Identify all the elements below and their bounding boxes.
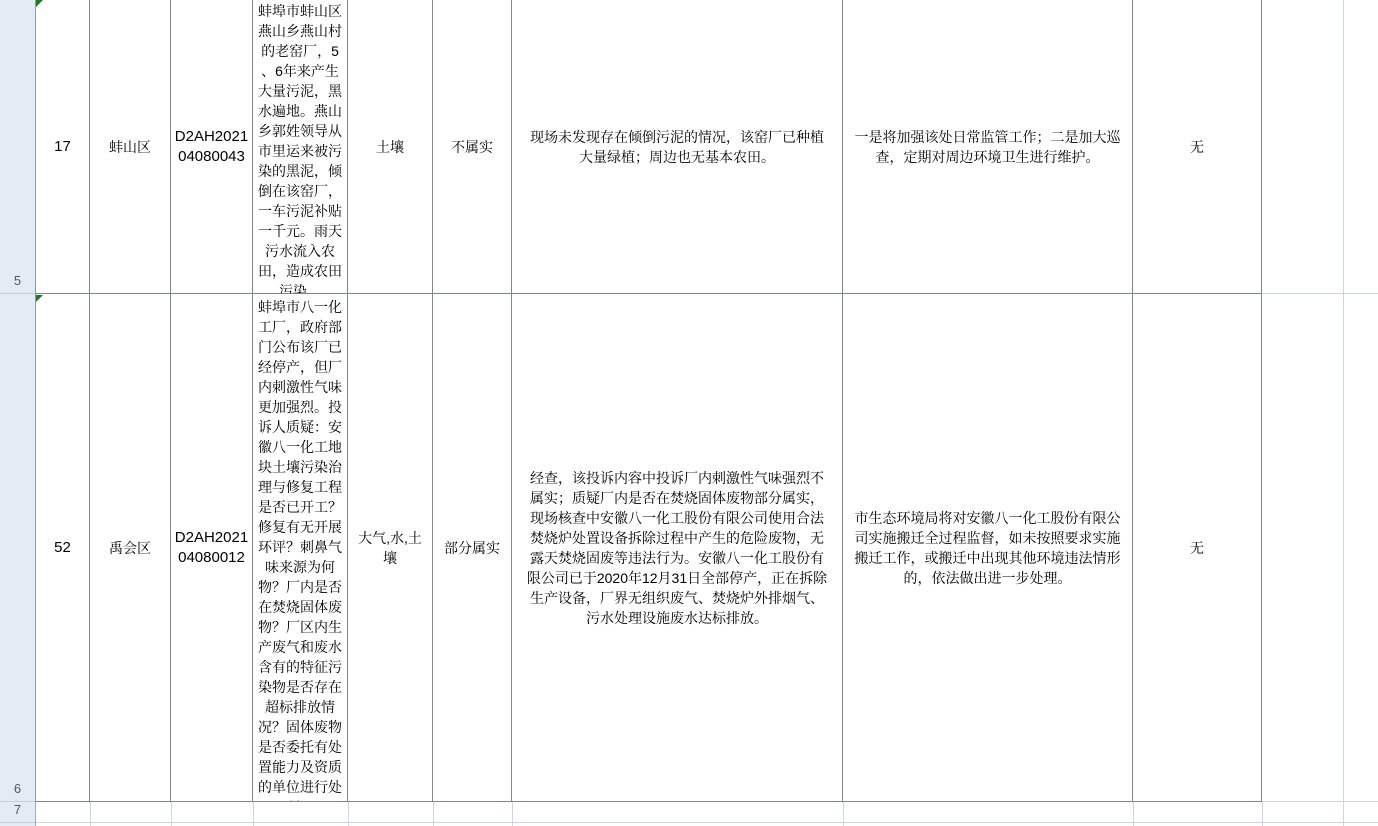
row-header-column: 5 6 7 xyxy=(0,0,36,826)
category-value: 大气,水,土 壤 xyxy=(358,528,422,568)
seq-cell[interactable]: 17 xyxy=(36,0,90,294)
investigation-cell[interactable]: 经查，该投诉内容中投诉厂内刺激性气味强烈不 属实；质疑厂内是否在焚烧固体废物部分… xyxy=(512,294,843,802)
measures-text: 市生态环境局将对安徽八一化工股份有限公 司实施搬迁全过程监督，如未按照要求实施 … xyxy=(855,508,1121,588)
accountability-value: 无 xyxy=(1190,538,1204,558)
district-cell[interactable]: 禹会区 xyxy=(90,294,171,802)
category-cell[interactable]: 大气,水,土 壤 xyxy=(348,294,433,802)
category-value: 土壤 xyxy=(376,137,404,157)
gridline xyxy=(1262,801,1378,802)
measures-cell[interactable]: 一是将加强该处日常监管工作；二是加大巡 查，定期对周边环境卫生进行维护。 xyxy=(843,0,1133,294)
cell-error-indicator-icon xyxy=(36,0,43,7)
seq-cell[interactable]: 52 xyxy=(36,294,90,802)
investigation-text: 现场未发现存在倾倒污泥的情况，该窑厂已种植 大量绿植；周边也无基本农田。 xyxy=(530,127,824,167)
case-id-cell[interactable]: D2AH2021 04080043 xyxy=(171,0,253,294)
measures-text: 一是将加强该处日常监管工作；二是加大巡 查，定期对周边环境卫生进行维护。 xyxy=(855,127,1121,167)
accountability-value: 无 xyxy=(1190,137,1204,157)
seq-value: 52 xyxy=(54,538,71,558)
gridline xyxy=(348,802,349,826)
case-id-value: D2AH2021 04080012 xyxy=(175,528,248,568)
verification-cell[interactable]: 不属实 xyxy=(433,0,512,294)
gridline xyxy=(253,802,254,826)
complaint-text: 蚌埠市蚌山区 燕山乡燕山村 的老窑厂，5 、6年来产生 大量污泥，黑 水遍地。燕… xyxy=(253,1,347,294)
case-id-cell[interactable]: D2AH2021 04080012 xyxy=(171,294,253,802)
gridline xyxy=(36,822,1378,823)
gridline xyxy=(1343,0,1344,826)
row-header-5[interactable]: 5 xyxy=(0,269,35,293)
complaint-cell[interactable]: 蚌埠市八一化 工厂，政府部 门公布该厂已 经停产，但厂 内刺激性气味 更加强烈。… xyxy=(253,294,348,802)
gridline xyxy=(512,802,513,826)
gridline xyxy=(90,802,91,826)
gridline xyxy=(1262,293,1378,294)
verification-value: 部分属实 xyxy=(444,538,500,558)
row-header-divider xyxy=(0,822,35,823)
gridline xyxy=(1133,802,1134,826)
complaint-text: 蚌埠市八一化 工厂，政府部 门公布该厂已 经停产，但厂 内刺激性气味 更加强烈。… xyxy=(253,297,347,802)
row-header-divider xyxy=(0,293,35,294)
row-header-divider xyxy=(0,801,35,802)
gridline xyxy=(171,802,172,826)
measures-cell[interactable]: 市生态环境局将对安徽八一化工股份有限公 司实施搬迁全过程监督，如未按照要求实施 … xyxy=(843,294,1133,802)
investigation-cell[interactable]: 现场未发现存在倾倒污泥的情况，该窑厂已种植 大量绿植；周边也无基本农田。 xyxy=(512,0,843,294)
accountability-cell[interactable]: 无 xyxy=(1133,294,1262,802)
cell-error-indicator-icon xyxy=(36,295,43,302)
verification-cell[interactable]: 部分属实 xyxy=(433,294,512,802)
category-cell[interactable]: 土壤 xyxy=(348,0,433,294)
gridline xyxy=(843,802,844,826)
accountability-cell[interactable]: 无 xyxy=(1133,0,1262,294)
gridline xyxy=(433,802,434,826)
district-cell[interactable]: 蚌山区 xyxy=(90,0,171,294)
verification-value: 不属实 xyxy=(451,137,493,157)
case-id-value: D2AH2021 04080043 xyxy=(175,127,248,167)
gridline xyxy=(1262,802,1263,826)
district-value: 蚌山区 xyxy=(109,137,151,157)
seq-value: 17 xyxy=(54,137,71,157)
district-value: 禹会区 xyxy=(109,538,151,558)
investigation-text: 经查，该投诉内容中投诉厂内刺激性气味强烈不 属实；质疑厂内是否在焚烧固体废物部分… xyxy=(527,468,827,628)
complaint-cell[interactable]: 蚌埠市蚌山区 燕山乡燕山村 的老窑厂，5 、6年来产生 大量污泥，黑 水遍地。燕… xyxy=(253,0,348,294)
